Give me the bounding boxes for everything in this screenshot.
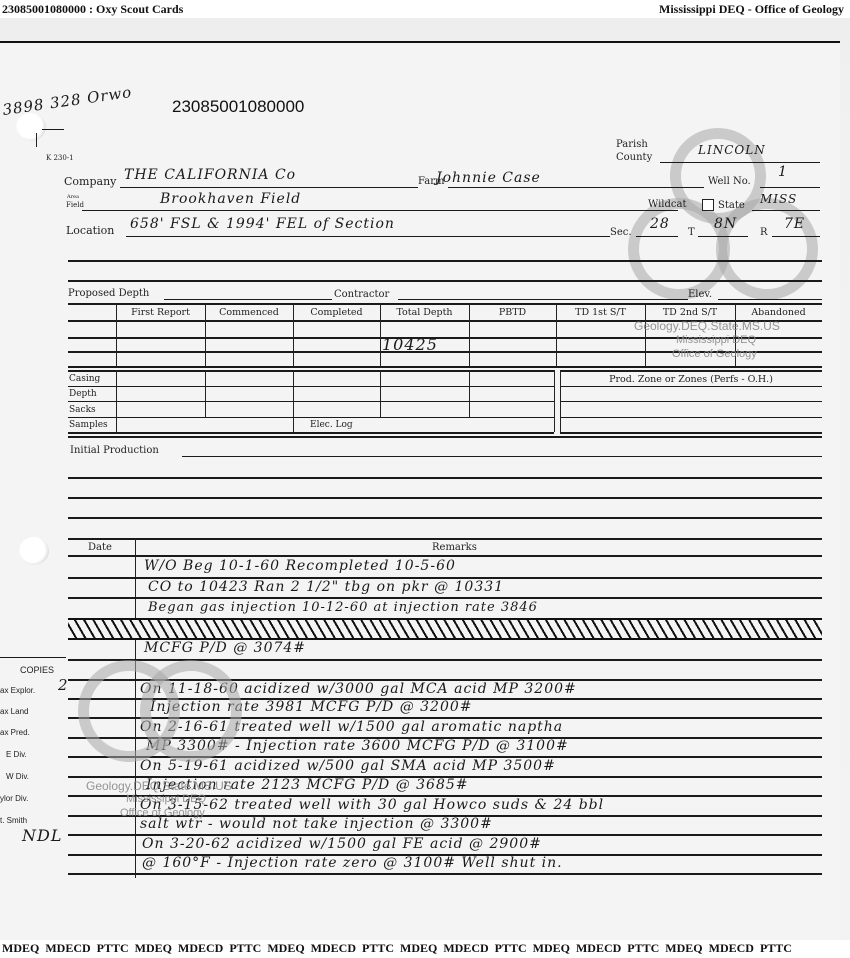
watermark-agency-lower: Mississippi DEQ <box>126 793 206 805</box>
sec-value: 28 <box>650 216 670 232</box>
copies-item: E Div. <box>6 750 27 759</box>
corner-mark <box>42 129 64 130</box>
col-first-report: First Report <box>116 307 205 318</box>
prod-zone-row <box>560 386 822 387</box>
form-code: K 230-1 <box>46 154 74 162</box>
copies-title: COPIES <box>20 665 54 675</box>
sacks-label: Sacks <box>69 405 96 415</box>
casing-col <box>205 370 206 417</box>
remark-line <box>68 597 822 599</box>
well-no-label: Well No. <box>708 176 751 187</box>
prod-zone-label: Prod. Zone or Zones (Perfs - O.H.) <box>560 374 822 385</box>
copies-item: t. Smith <box>0 816 27 825</box>
elev-underline <box>718 299 822 300</box>
remarks-header-bottom <box>68 555 822 557</box>
parish-label: Parish <box>616 139 648 150</box>
sec-underline <box>636 236 678 237</box>
remark-entry: W/O Beg 10-1-60 Recompleted 10-5-60 <box>144 558 456 574</box>
divider <box>68 436 822 438</box>
prod-zone-row <box>560 417 822 418</box>
col-commenced: Commenced <box>205 307 293 318</box>
remarks-header: Remarks <box>432 542 477 553</box>
copies-item: W Div. <box>6 772 29 781</box>
punch-hole-top <box>16 113 46 141</box>
watermark-url-lower: Geology.DEQ.State.MS.US <box>86 779 232 793</box>
watermark-logo-right-circle <box>716 198 818 300</box>
watermark-logo-lower-right <box>140 660 242 762</box>
sec-label: Sec. <box>610 227 632 238</box>
casing-row <box>68 386 554 387</box>
casing-col <box>293 370 294 432</box>
field-underline <box>82 210 678 211</box>
blank-line <box>68 477 822 479</box>
state-value: MISS <box>760 192 797 206</box>
punch-hole-middle <box>19 537 49 565</box>
hatched-band <box>68 618 822 640</box>
corner-mark-vertical <box>36 133 37 147</box>
blank-line <box>68 517 822 519</box>
initial-production-label: Initial Production <box>70 445 159 456</box>
casing-col <box>380 370 381 417</box>
t-value: 8N <box>714 216 737 232</box>
total-depth-value: 10425 <box>382 335 438 354</box>
remark-entry: Began gas injection 10-12-60 at injectio… <box>148 600 538 615</box>
copies-item: ylor Div. <box>0 794 28 803</box>
r-label: R <box>760 227 768 238</box>
proposed-depth-underline <box>164 299 332 300</box>
casing-label: Casing <box>69 374 100 384</box>
field-label: Field <box>66 201 84 209</box>
copies-item: ax Pred. <box>0 728 30 737</box>
well-no-value: 1 <box>778 164 788 180</box>
field-value: Brookhaven Field <box>160 191 301 207</box>
company-underline <box>120 187 418 188</box>
header-title: 23085001080000 : Oxy Scout Cards <box>2 2 183 17</box>
remark-entry: On 3-20-62 acidized w/1500 gal FE acid @… <box>142 836 542 852</box>
remark-entry: CO to 10423 Ran 2 1/2" tbg on pkr @ 1033… <box>148 579 504 595</box>
prod-zone-row <box>560 401 822 402</box>
farm-value: Johnnie Case <box>436 170 541 186</box>
state-underline <box>752 210 820 211</box>
contractor-underline <box>398 299 688 300</box>
initial-production-underline <box>182 456 822 457</box>
col-total-depth: Total Depth <box>380 307 469 318</box>
watermark-agency: Mississippi DEQ <box>676 334 756 346</box>
copies-top-line <box>0 657 66 658</box>
prod-zone-top <box>560 370 822 372</box>
county-underline <box>660 162 820 163</box>
casing-col <box>554 370 555 432</box>
casing-table-bottom <box>68 432 554 434</box>
county-label: County <box>616 152 652 163</box>
company-label: Company <box>64 175 116 188</box>
copies-item: ax Explor. <box>0 686 35 695</box>
page-header: 23085001080000 : Oxy Scout Cards Mississ… <box>0 0 850 18</box>
location-label: Location <box>66 224 114 237</box>
blank-line <box>68 260 822 262</box>
watermark-url: Geology.DEQ.State.MS.US <box>634 319 780 333</box>
blank-line <box>68 280 822 282</box>
col-pbtd: PBTD <box>469 307 556 318</box>
samples-label: Samples <box>69 420 108 430</box>
elev-label: Elev. <box>688 289 712 300</box>
r-underline <box>772 236 820 237</box>
location-underline <box>126 236 610 237</box>
copies-item: ax Land <box>0 707 28 716</box>
remarks-table-top <box>68 538 822 540</box>
well-no-underline <box>760 187 820 188</box>
t-label: T <box>688 227 695 238</box>
elec-log-label: Elec. Log <box>310 420 353 430</box>
farm-underline <box>448 187 704 188</box>
blank-line <box>68 497 822 499</box>
casing-row <box>68 401 554 402</box>
contractor-label: Contractor <box>334 289 389 300</box>
area-label: Area <box>67 194 79 200</box>
page-footer: MDEQ MDECD PTTC MDEQ MDECD PTTC MDEQ MDE… <box>0 941 850 956</box>
proposed-depth-label: Proposed Depth <box>68 288 149 299</box>
t-underline <box>698 236 748 237</box>
copies-explor-mark: 2 <box>58 676 69 694</box>
wildcat-label: Wildcat <box>648 199 686 210</box>
casing-col <box>469 370 470 417</box>
casing-col <box>116 370 117 432</box>
col-abandoned: Abandoned <box>735 307 822 318</box>
watermark-office-lower: Office of Geology <box>120 807 205 819</box>
col-completed: Completed <box>293 307 380 318</box>
remark-line <box>68 873 822 875</box>
copies-initials: NDL <box>22 826 62 845</box>
prod-zone-bottom <box>560 432 822 434</box>
wildcat-checkbox[interactable] <box>702 199 714 211</box>
remark-entry: On 3-15-62 treated well with 30 gal Howc… <box>140 797 604 813</box>
col-td-2nd: TD 2nd S/T <box>645 307 735 318</box>
depth-table-top <box>68 303 822 305</box>
col-td-1st: TD 1st S/T <box>556 307 645 318</box>
remark-entry: @ 160°F - Injection rate zero @ 3100# We… <box>142 855 563 871</box>
api-number: 23085001080000 <box>172 97 304 117</box>
watermark-logo-left-circle <box>628 198 730 300</box>
remark-entry: MCFG P/D @ 3074# <box>144 640 306 656</box>
watermark-office: Office of Geology <box>672 348 757 360</box>
header-agency: Mississippi DEQ - Office of Geology <box>659 2 844 17</box>
location-value: 658' FSL & 1994' FEL of Section <box>130 216 395 232</box>
depth-label: Depth <box>69 389 97 399</box>
depth-table-bottom <box>68 366 822 368</box>
county-value: LINCOLN <box>698 143 766 157</box>
r-value: 7E <box>784 216 805 232</box>
casing-row <box>68 417 554 418</box>
company-value: THE CALIFORNIA Co <box>124 167 296 183</box>
state-label: State <box>718 200 745 211</box>
date-header: Date <box>88 542 112 553</box>
casing-table-top <box>68 370 554 372</box>
